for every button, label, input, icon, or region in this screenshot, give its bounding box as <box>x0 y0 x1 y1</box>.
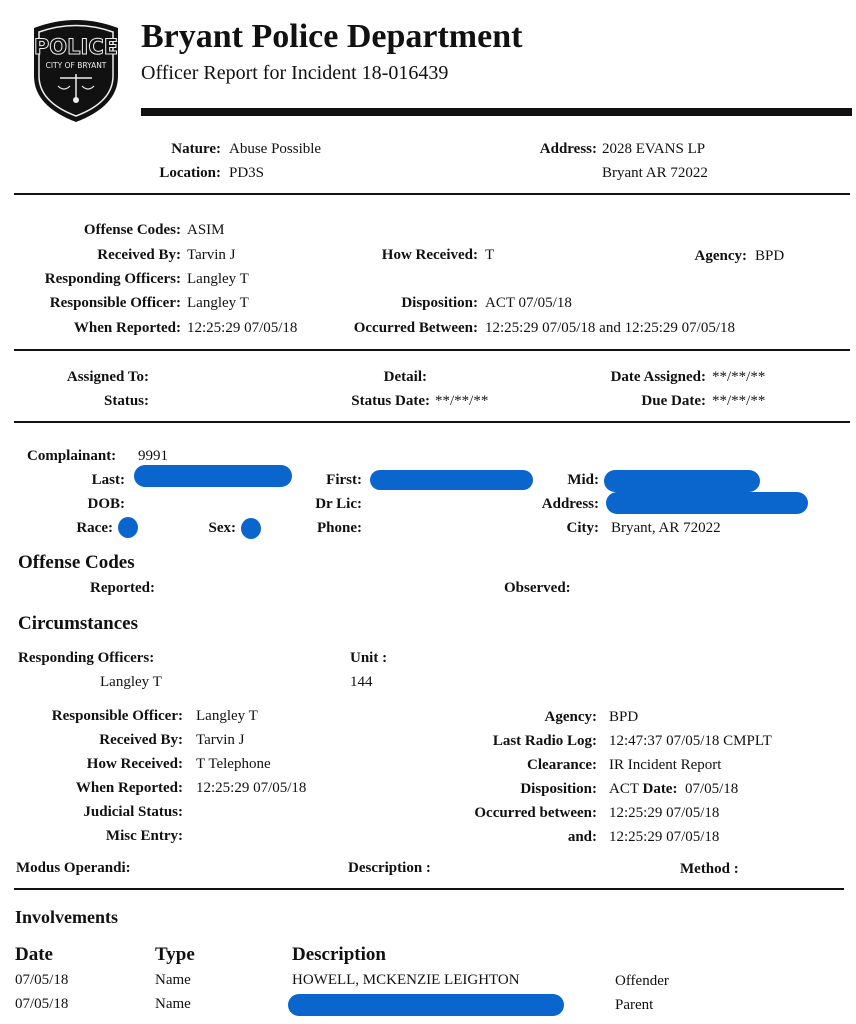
circ-field-label: Received By: <box>99 732 183 749</box>
badge-icon: POLICE CITY OF BRYANT <box>26 16 126 126</box>
redacted-address <box>606 492 808 514</box>
details-divider <box>14 349 850 351</box>
date-label: Date: <box>642 781 677 797</box>
circ-field-value: 12:25:29 07/05/18 <box>196 780 306 797</box>
disposition-value: ACT 07/05/18 <box>485 295 572 312</box>
address-line1: 2028 EVANS LP <box>602 141 705 158</box>
date-assigned-label: Date Assigned: <box>611 369 706 386</box>
reported-label: Reported: <box>90 580 155 597</box>
circ-field-value: BPD <box>609 709 638 726</box>
responsible-officer-label: Responsible Officer: <box>50 295 181 312</box>
date-value: 07/05/18 <box>677 781 738 797</box>
occurred-between-value: 12:25:29 07/05/18 and 12:25:29 07/05/18 <box>485 320 735 337</box>
location-value: PD3S <box>229 165 264 182</box>
how-received-label: How Received: <box>382 247 478 264</box>
last-name-label: Last: <box>92 472 125 489</box>
responding-officers-label: Responding Officers: <box>45 271 181 288</box>
received-by-label: Received By: <box>97 247 181 264</box>
race-label: Race: <box>76 520 113 537</box>
assigned-to-label: Assigned To: <box>67 369 149 386</box>
unit-label: Unit : <box>350 650 387 667</box>
involvement-role: Parent <box>615 997 653 1014</box>
status-label: Status: <box>104 393 149 410</box>
observed-label: Observed: <box>504 580 571 597</box>
circ-field-label: When Reported: <box>76 780 183 797</box>
column-header-date: Date <box>15 944 53 966</box>
city-label: City: <box>567 520 600 537</box>
unit-value: 144 <box>350 674 373 691</box>
circ-field-label: Misc Entry: <box>106 828 183 845</box>
dob-label: DOB: <box>88 496 126 513</box>
mid-name-label: Mid: <box>567 472 599 489</box>
when-reported-value: 12:25:29 07/05/18 <box>187 320 297 337</box>
circ-field-value: 12:25:29 07/05/18 <box>609 829 719 846</box>
circ-officer-value: Langley T <box>100 674 162 691</box>
status-date-value: **/**/** <box>435 393 488 410</box>
modus-operandi-label: Modus Operandi: <box>16 860 131 877</box>
circ-field-value: Tarvin J <box>196 732 245 749</box>
circ-field-label: Last Radio Log: <box>493 733 597 750</box>
involvement-role: Offender <box>615 973 669 990</box>
circ-field-label: and: <box>568 829 597 846</box>
detail-label: Detail: <box>384 369 427 386</box>
svg-text:CITY OF BRYANT: CITY OF BRYANT <box>46 61 107 70</box>
column-header-type: Type <box>155 944 195 966</box>
assignment-divider <box>14 421 850 423</box>
agency-label: Agency: <box>695 248 748 265</box>
circ-field-label: Clearance: <box>527 757 597 774</box>
involvement-date: 07/05/18 <box>15 972 68 989</box>
disposition-label: Disposition: <box>401 295 478 312</box>
circ-field-label: Agency: <box>545 709 598 726</box>
circ-field-value: Langley T <box>196 708 258 725</box>
circ-field-label: How Received: <box>87 756 183 773</box>
description-label: Description : <box>348 860 431 877</box>
redacted-first-name <box>370 470 533 490</box>
report-subtitle: Officer Report for Incident 18-016439 <box>141 62 448 85</box>
circ-field-label: Responsible Officer: <box>52 708 183 725</box>
date-assigned-value: **/**/** <box>712 369 765 386</box>
nature-value: Abuse Possible <box>229 141 321 158</box>
circ-field-label: Disposition: <box>520 781 597 798</box>
circ-field-value: 12:47:37 07/05/18 CMPLT <box>609 733 772 750</box>
circ-field-label: Judicial Status: <box>83 804 183 821</box>
address-label: Address: <box>540 141 597 158</box>
offense-codes-value: ASIM <box>187 222 225 239</box>
circ-field-value: ACT Date: 07/05/18 <box>609 781 738 798</box>
complainant-label: Complainant: <box>27 448 116 465</box>
city-value: Bryant, AR 72022 <box>611 520 721 537</box>
police-badge-logo: POLICE CITY OF BRYANT <box>26 16 126 126</box>
header-divider <box>141 108 852 116</box>
involvement-date: 07/05/18 <box>15 996 68 1013</box>
complainant-value: 9991 <box>138 448 168 465</box>
due-date-label: Due Date: <box>641 393 706 410</box>
responding-officers-value: Langley T <box>187 271 249 288</box>
circumstances-divider <box>14 888 844 890</box>
method-label: Method : <box>680 861 739 878</box>
redacted-race <box>118 517 138 538</box>
how-received-value: T <box>485 247 494 264</box>
nature-label: Nature: <box>171 141 221 158</box>
complainant-address-label: Address: <box>542 496 599 513</box>
disposition-code: ACT <box>609 781 642 797</box>
svg-text:POLICE: POLICE <box>34 35 118 59</box>
drivers-license-label: Dr Lic: <box>315 496 362 513</box>
involvements-heading: Involvements <box>15 907 118 928</box>
page-title: Bryant Police Department <box>141 18 522 56</box>
redacted-sex <box>241 518 261 539</box>
phone-label: Phone: <box>317 520 362 537</box>
responsible-officer-value: Langley T <box>187 295 249 312</box>
first-name-label: First: <box>326 472 362 489</box>
involvement-description: HOWELL, MCKENZIE LEIGHTON <box>292 972 520 989</box>
address-line2: Bryant AR 72022 <box>602 165 708 182</box>
when-reported-label: When Reported: <box>74 320 181 337</box>
circ-field-value: T Telephone <box>196 756 271 773</box>
redacted-last-name <box>134 465 292 487</box>
due-date-value: **/**/** <box>712 393 765 410</box>
sex-label: Sex: <box>209 520 237 537</box>
circumstances-heading: Circumstances <box>18 613 138 635</box>
column-header-description: Description <box>292 944 386 966</box>
location-label: Location: <box>159 165 221 182</box>
occurred-between-label: Occurred Between: <box>354 320 478 337</box>
agency-value: BPD <box>755 248 784 265</box>
redacted-description <box>288 994 564 1016</box>
received-by-value: Tarvin J <box>187 247 236 264</box>
circ-field-label: Occurred between: <box>474 805 597 822</box>
circ-field-value: IR Incident Report <box>609 757 721 774</box>
summary-divider <box>14 193 850 195</box>
circ-field-value: 12:25:29 07/05/18 <box>609 805 719 822</box>
redacted-middle-name <box>604 470 760 492</box>
offense-codes-heading: Offense Codes <box>18 552 135 574</box>
offense-codes-label: Offense Codes: <box>84 222 181 239</box>
status-date-label: Status Date: <box>351 393 430 410</box>
involvement-type: Name <box>155 996 191 1013</box>
circ-responding-label: Responding Officers: <box>18 650 154 667</box>
involvement-type: Name <box>155 972 191 989</box>
